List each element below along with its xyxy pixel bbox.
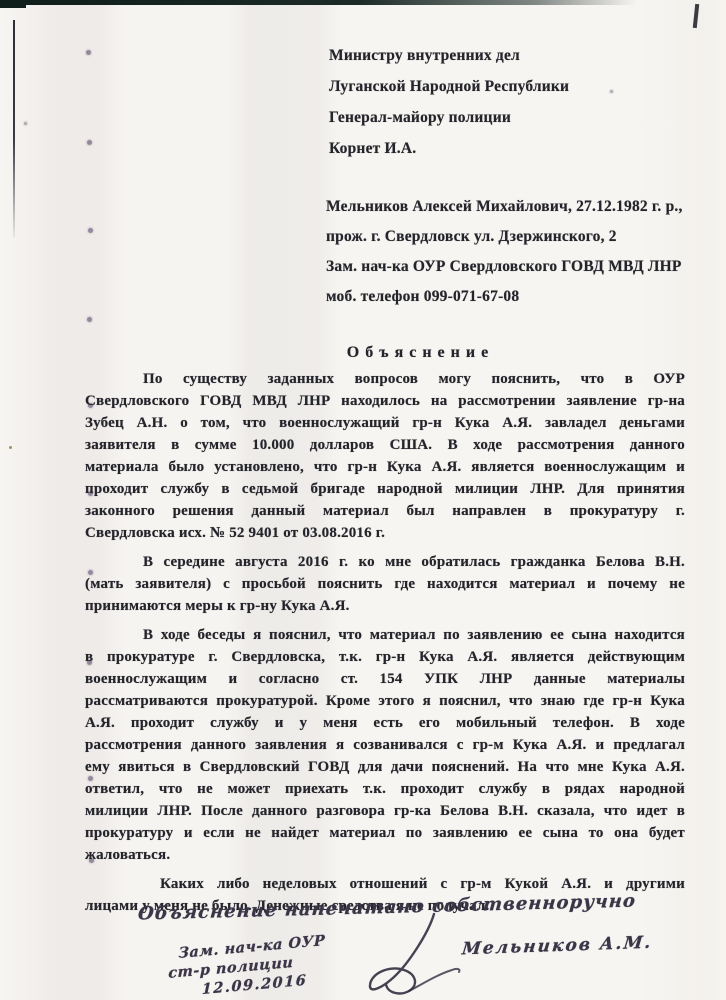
text-line: По существу заданных вопросов могу поясн… (85, 368, 685, 390)
text-line: (мать заявителя) с просьбой пояснить где… (85, 573, 685, 595)
sender-block: Мельников Алексей Михайлович, 27.12.1982… (326, 192, 683, 312)
scan-speck (9, 446, 12, 449)
recipient-block: Министру внутренних делЛуганской Народно… (329, 40, 569, 164)
text-line: заявителя в сумме 10.000 долларов США. В… (85, 434, 685, 456)
signature-stroke (409, 969, 460, 991)
document-title: О б ъ я с н е н и е (85, 344, 685, 362)
signature-name: Мельников А.М. (461, 933, 653, 960)
scan-top-right-mark (693, 4, 699, 28)
text-line: милиции ЛНР. После данного разговора гр-… (85, 800, 685, 822)
recipient-name: Корнет И.А. (329, 133, 569, 164)
text-line: жаловаться. (85, 844, 685, 866)
text-line: прокуратуру и если не найдет материал по… (85, 822, 685, 844)
text-line: материала было установлено, что гр-н Кук… (85, 456, 685, 478)
text-line: Луганской Народной Республики (329, 71, 569, 102)
document-body: По существу заданных вопросов могу поясн… (85, 368, 685, 917)
text-line: Генерал-майору полиции (329, 102, 569, 133)
scan-speck (87, 140, 92, 145)
body-paragraph: В середине августа 2016 г. ко мне обрати… (85, 551, 685, 617)
text-line: военнослужащим и согласно ст. 154 УПК ЛН… (85, 668, 685, 690)
scan-top-edge-shadow (0, 0, 650, 5)
body-paragraph: В ходе беседы я пояснил, что материал по… (85, 624, 685, 866)
body-paragraph: По существу заданных вопросов могу поясн… (85, 368, 685, 544)
text-line: В ходе беседы я пояснил, что материал по… (85, 624, 685, 646)
scan-speck (610, 90, 613, 93)
scan-speck (87, 317, 92, 322)
text-line: Объяснение (137, 900, 278, 925)
text-line: законного решения данный материал был на… (85, 500, 685, 522)
scan-speck (86, 50, 91, 55)
text-line: Мельников Алексей Михайлович, 27.12.1982… (326, 192, 683, 222)
text-line: ответил, что не может приехать т.к. прох… (85, 778, 685, 800)
text-line: рассматриваются прокуратурой. Кроме этог… (85, 690, 685, 712)
scan-speck (88, 228, 93, 233)
text-line: В середине августа 2016 г. ко мне обрати… (85, 551, 685, 573)
scan-left-edge-line (13, 20, 15, 238)
text-line: А.Я. проходит службу и у меня есть его м… (85, 712, 685, 734)
signature (356, 910, 476, 1000)
officer-position-block: Зам. нач-ка ОУРст-р полиции12.09.2016 (168, 931, 326, 1000)
text-line: в прокуратуре г. Свердловска, т.к. гр-н … (85, 646, 685, 668)
signature-stroke (370, 914, 434, 993)
text-line: прож. г. Свердловск ул. Дзержинского, 2 (326, 222, 683, 252)
text-line: Свердловского ГОВД МВД ЛНР находилось на… (85, 390, 685, 412)
text-line: Министру внутренних дел (329, 40, 569, 71)
text-line: рассмотрения данного заявления я созвани… (85, 734, 685, 756)
scanned-document-page: Министру внутренних делЛуганской Народно… (0, 0, 726, 1000)
text-line: принимаются меры к гр-ну Кука А.Я. (85, 595, 685, 617)
text-line: Зам. нач-ка ОУР Свердловского ГОВД МВД Л… (326, 252, 683, 282)
text-line: Свердловска исх. № 52 9401 от 03.08.2016… (85, 522, 685, 544)
text-line: проходит службу в седьмой бригаде народн… (85, 478, 685, 500)
recipient-lines: Министру внутренних делЛуганской Народно… (329, 40, 569, 133)
scan-top-corner-shadow (0, 0, 26, 8)
text-line: моб. телефон 099-071-67-08 (326, 282, 683, 312)
text-line: ему явиться в Свердловский ГОВД для дачи… (85, 756, 685, 778)
scan-speck (24, 122, 27, 125)
text-line: Зубец А.Н. о том, что военнослужащий гр-… (85, 412, 685, 434)
